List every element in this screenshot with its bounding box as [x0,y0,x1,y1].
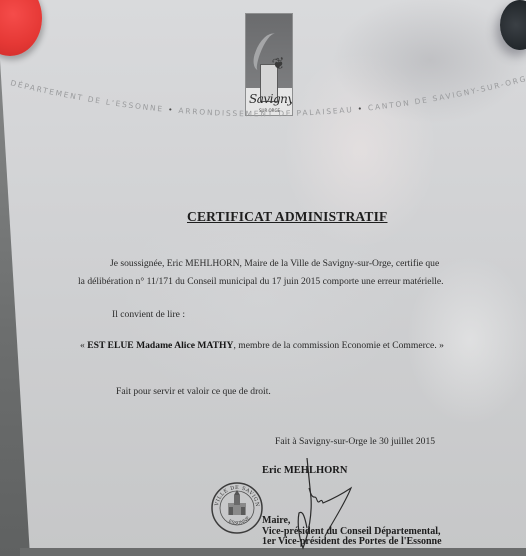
signer-titles: Maire, Vice-président du Conseil Départe… [262,516,442,548]
official-seal-icon: VILLE DE SAVIGNY-SUR-ORGE ESSONNE [210,481,264,535]
arc-separator-icon: • [357,104,368,114]
letterhead-arc-text: DÉPARTEMENT DE L'ESSONNE • ARRONDISSEMEN… [0,0,526,118]
place-and-date: Fait à Savigny-sur-Orge le 30 juillet 20… [275,436,435,447]
quote-bold: EST ELUE Madame Alice MATHY [87,340,233,351]
seal-text-bottom: ESSONNE [227,515,251,526]
arc-arrondissement: ARRONDISSEMENT DE PALAISEAU [178,105,354,118]
closing-formula: Fait pour servir et valoir ce que de dro… [116,386,271,397]
signer-title-maire: Maire, [262,515,290,526]
paragraph-correction-intro: Il convient de lire : [112,309,185,320]
svg-text:ESSONNE: ESSONNE [227,515,251,526]
paper-bottom-edge [20,548,526,556]
arc-separator-icon: • [168,105,179,115]
document-title: CERTIFICAT ADMINISTRATIF [187,209,387,225]
quote-rest: , membre de la commission Economie et Co… [233,340,443,351]
letterhead-arc: DÉPARTEMENT DE L'ESSONNE • ARRONDISSEMEN… [0,0,526,160]
paragraph-certification-line2: la délibération n° 11/171 du Conseil mun… [78,276,444,287]
signer-title-vp-portes-essonne: 1er Vice-président des Portes de l'Esson… [262,536,442,547]
signer-title-vp-departement: Vice-président du Conseil Départemental, [262,526,441,537]
arc-departement: DÉPARTEMENT DE L'ESSONNE [10,78,165,113]
corrected-text-quote: « EST ELUE Madame Alice MATHY, membre de… [80,340,444,351]
paragraph-certification-line1: Je soussignée, Eric MEHLHORN, Maire de l… [110,258,439,269]
